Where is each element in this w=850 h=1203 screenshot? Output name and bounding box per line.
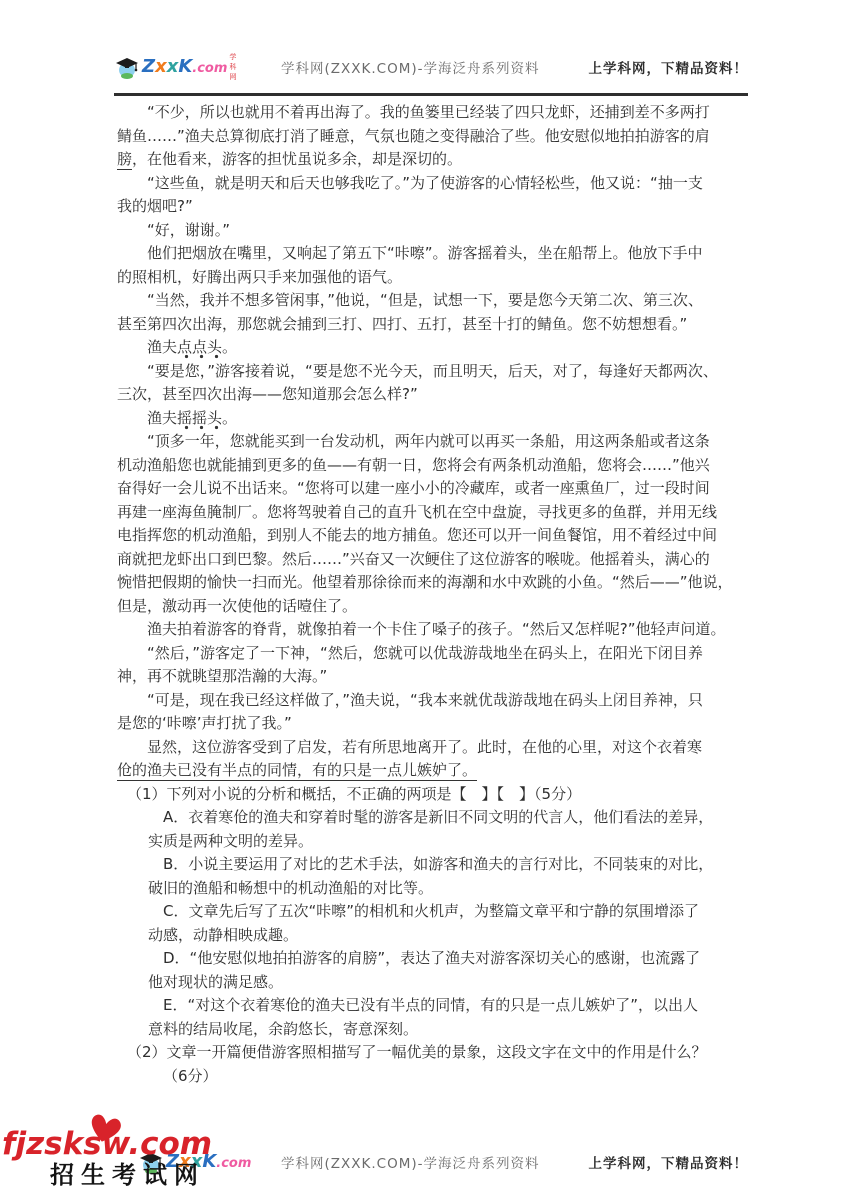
text-segment: “可是，现在我已经这样做了，”渔夫说，“我本来就优哉游哉地在码头上闭目养神，只	[147, 691, 703, 709]
text-segment: 。	[222, 409, 237, 427]
text-line: 破旧的渔船和畅想中的机动渔船的对比等。	[117, 877, 749, 901]
emphasized-text: 点点头	[177, 338, 222, 359]
document-page: ZxxK.com 学科网 学科网(ZXXK.COM)-学海泛舟系列资料 上学科网…	[0, 0, 850, 1203]
footer-center-text: 学科网(ZXXK.COM)-学海泛舟系列资料	[232, 1152, 589, 1172]
text-line: “好，谢谢。”	[117, 219, 749, 243]
underlined-text: 伧的渔夫已没有半点的同情，有的只是一点儿嫉妒了。	[117, 761, 477, 781]
text-segment: 电指挥您的机动渔船，到别人不能去的地方捕鱼。您还可以开一间鱼餐馆，用不着经过中间	[117, 526, 717, 544]
text-line: C．文章先后写了五次“咔嚓”的相机和火机声，为整篇文章平和宁静的氛围增添了	[117, 900, 749, 924]
text-line: 渔夫摇摇头。	[117, 407, 749, 431]
watermark-site-text: fjzsksw.com	[2, 1127, 262, 1161]
graduation-cap-icon	[114, 55, 140, 79]
text-line: D．“他安慰似地拍拍游客的肩膀”，表达了渔夫对游客深切关心的感谢，也流露了	[117, 947, 749, 971]
text-segment: “顶多一年，您就能买到一台发动机，两年内就可以再买一条船，用这两条船或者这条	[147, 432, 710, 450]
text-segment: 惋惜把假期的愉快一扫而光。他望着那徐徐而来的海潮和水中欢跳的小鱼。“然后——”他…	[117, 573, 733, 591]
text-segment: 意料的结局收尾，余韵悠长，寄意深刻。	[148, 1020, 418, 1038]
text-segment: D．“他安慰似地拍拍游客的肩膀”，表达了渔夫对游客深切关心的感谢，也流露了	[163, 949, 700, 967]
text-line: 电指挥您的机动渔船，到别人不能去的地方捕鱼。您还可以开一间鱼餐馆，用不着经过中间	[117, 524, 749, 548]
text-line: E．“对这个衣着寒伧的渔夫已没有半点的同情，有的只是一点儿嫉妒了”，以出人	[117, 994, 749, 1018]
text-line: 意料的结局收尾，余韵悠长，寄意深刻。	[117, 1018, 749, 1042]
text-segment: 实质是两种文明的差异。	[148, 832, 313, 850]
text-segment: 甚至第四次出海，那您就会捕到三打、四打、五打，甚至十打的鲭鱼。您不妨想想看。”	[117, 315, 687, 333]
text-line: “不少，所以也就用不着再出海了。我的鱼篓里已经装了四只龙虾，还捕到差不多两打	[117, 101, 749, 125]
text-segment: E．“对这个衣着寒伧的渔夫已没有半点的同情，有的只是一点儿嫉妒了”，以出人	[163, 996, 698, 1014]
text-line: 再建一座海鱼腌制厂。您将驾驶着自己的直升飞机在空中盘旋，寻找更多的鱼群，并用无线	[117, 501, 749, 525]
text-segment: 再建一座海鱼腌制厂。您将驾驶着自己的直升飞机在空中盘旋，寻找更多的鱼群，并用无线	[117, 503, 717, 521]
text-segment: “这些鱼，就是明天和后天也够我吃了。”为了使游客的心情轻松些，他又说：“抽一支	[147, 174, 703, 192]
text-line: 显然，这位游客受到了启发，若有所思地离开了。此时，在他的心里，对这个衣着寒	[117, 736, 749, 760]
text-line: 是您的‘咔嚓’声打扰了我。”	[117, 712, 749, 736]
text-line: 但是，激动再一次使他的话噎住了。	[117, 595, 749, 619]
text-segment: 他们把烟放在嘴里，又响起了第五下“咔嚓”。游客摇着头，坐在船帮上。他放下手中	[147, 244, 703, 262]
text-line: 三次，甚至四次出海——您知道那会怎么样?”	[117, 383, 749, 407]
text-segment: 动感，动静相映成趣。	[148, 926, 298, 944]
text-line: “要是您，”游客接着说，“要是您不光今天，而且明天，后天，对了，每逢好天都两次、	[117, 360, 749, 384]
text-segment: “要是您，”游客接着说，“要是您不光今天，而且明天，后天，对了，每逢好天都两次、	[147, 362, 718, 380]
text-line: “然后，”游客定了一下神，“然后，您就可以优哉游哉地坐在码头上，在阳光下闭目养	[117, 642, 749, 666]
text-segment: C．文章先后写了五次“咔嚓”的相机和火机声，为整篇文章平和宁静的氛围增添了	[163, 902, 699, 920]
text-segment: 神，再不就眺望那浩瀚的大海。”	[117, 667, 327, 685]
text-line: 伧的渔夫已没有半点的同情，有的只是一点儿嫉妒了。	[117, 759, 749, 783]
text-segment: A．衣着寒伧的渔夫和穿着时髦的游客是新旧不同文明的代言人，他们看法的差异，	[163, 808, 713, 826]
text-line: 的照相机，好腾出两只手来加强他的语气。	[117, 266, 749, 290]
text-segment: （1）下列对小说的分析和概括，不正确的两项是【 】【 】（5分）	[127, 785, 581, 803]
text-segment: 显然，这位游客受到了启发，若有所思地离开了。此时，在他的心里，对这个衣着寒	[147, 738, 702, 756]
text-segment: 他对现状的满足感。	[148, 973, 283, 991]
text-line: “当然，我并不想多管闲事，”他说，“但是，试想一下，要是您今天第二次、第三次、	[117, 289, 749, 313]
text-segment: 奋得好一会儿说不出话来。“您将可以建一座小小的冷藏库，或者一座熏鱼厂，过一段时间	[117, 479, 710, 497]
text-segment: 是您的‘咔嚓’声打扰了我。”	[117, 714, 292, 732]
text-line: 实质是两种文明的差异。	[117, 830, 749, 854]
text-segment: 渔夫	[147, 338, 177, 356]
zxxk-logo: ZxxK.com 学科网	[114, 52, 232, 82]
text-line: B．小说主要运用了对比的艺术手法，如游客和渔夫的言行对比，不同装束的对比，	[117, 853, 749, 877]
text-segment: （6分）	[163, 1067, 218, 1085]
footer-right-text: 上学科网，下精品资料！	[589, 1152, 749, 1172]
text-line: 奋得好一会儿说不出话来。“您将可以建一座小小的冷藏库，或者一座熏鱼厂，过一段时间	[117, 477, 749, 501]
text-segment: 破旧的渔船和畅想中的机动渔船的对比等。	[148, 879, 433, 897]
text-line: （2）文章一开篇便借游客照相描写了一幅优美的景象，这段文字在文中的作用是什么？	[117, 1041, 749, 1065]
text-segment: 但是，激动再一次使他的话噎住了。	[117, 597, 357, 615]
text-segment: 机动渔船您也就能捕到更多的鱼——有朝一日，您将会有两条机动渔船，您将会……”他兴	[117, 456, 710, 474]
emphasized-text: 摇摇头	[177, 409, 222, 430]
text-line: 他对现状的满足感。	[117, 971, 749, 995]
text-segment: “当然，我并不想多管闲事，”他说，“但是，试想一下，要是您今天第二次、第三次、	[147, 291, 703, 309]
page-header: ZxxK.com 学科网 学科网(ZXXK.COM)-学海泛舟系列资料 上学科网…	[114, 52, 748, 96]
text-segment: （2）文章一开篇便借游客照相描写了一幅优美的景象，这段文字在文中的作用是什么？	[127, 1043, 707, 1061]
text-line: 渔夫拍着游客的脊背，就像拍着一个卡住了嗓子的孩子。“然后又怎样呢?”他轻声问道。	[117, 618, 749, 642]
text-line: 甚至第四次出海，那您就会捕到三打、四打、五打，甚至十打的鲭鱼。您不妨想想看。”	[117, 313, 749, 337]
text-line: 机动渔船您也就能捕到更多的鱼——有朝一日，您将会有两条机动渔船，您将会……”他兴	[117, 454, 749, 478]
text-segment: “好，谢谢。”	[147, 221, 230, 239]
text-line: 动感，动静相映成趣。	[117, 924, 749, 948]
text-line: 渔夫点点头。	[117, 336, 749, 360]
text-line: A．衣着寒伧的渔夫和穿着时髦的游客是新旧不同文明的代言人，他们看法的差异，	[117, 806, 749, 830]
text-line: 膀，在他看来，游客的担忧虽说多余，却是深切的。	[117, 148, 749, 172]
header-right-text: 上学科网，下精品资料！	[589, 57, 749, 77]
text-segment: 渔夫	[147, 409, 177, 427]
text-line: “这些鱼，就是明天和后天也够我吃了。”为了使游客的心情轻松些，他又说：“抽一支	[117, 172, 749, 196]
text-segment: 商就把龙虾出口到巴黎。然后……”兴奋又一次鲠住了这位游客的喉咙。他摇着头，满心的	[117, 550, 710, 568]
text-line: “顶多一年，您就能买到一台发动机，两年内就可以再买一条船，用这两条船或者这条	[117, 430, 749, 454]
text-segment: 鲭鱼……”渔夫总算彻底打消了睡意，气氛也随之变得融洽了些。他安慰似地拍拍游客的肩	[117, 127, 710, 145]
text-segment: 渔夫拍着游客的脊背，就像拍着一个卡住了嗓子的孩子。“然后又怎样呢?”他轻声问道。	[147, 620, 726, 638]
text-segment: ，在他看来，游客的担忧虽说多余，却是深切的。	[132, 150, 462, 168]
text-line: 我的烟吧?”	[117, 195, 749, 219]
text-segment: “然后，”游客定了一下神，“然后，您就可以优哉游哉地坐在码头上，在阳光下闭目养	[147, 644, 703, 662]
text-segment: 三次，甚至四次出海——您知道那会怎么样?”	[117, 385, 418, 403]
header-center-text: 学科网(ZXXK.COM)-学海泛舟系列资料	[232, 57, 589, 77]
underlined-text: 膀	[117, 150, 132, 170]
text-segment: “不少，所以也就用不着再出海了。我的鱼篓里已经装了四只龙虾，还捕到差不多两打	[147, 103, 710, 121]
text-segment: 。	[222, 338, 237, 356]
text-line: （1）下列对小说的分析和概括，不正确的两项是【 】【 】（5分）	[117, 783, 749, 807]
text-line: “可是，现在我已经这样做了，”渔夫说，“我本来就优哉游哉地在码头上闭目养神，只	[117, 689, 749, 713]
logo-text: ZxxK.com	[142, 58, 227, 76]
text-line: 鲭鱼……”渔夫总算彻底打消了睡意，气氛也随之变得融洽了些。他安慰似地拍拍游客的肩	[117, 125, 749, 149]
text-line: （6分）	[117, 1065, 749, 1089]
text-segment: B．小说主要运用了对比的艺术手法，如游客和渔夫的言行对比，不同装束的对比，	[163, 855, 713, 873]
text-line: 惋惜把假期的愉快一扫而光。他望着那徐徐而来的海潮和水中欢跳的小鱼。“然后——”他…	[117, 571, 749, 595]
text-line: 他们把烟放在嘴里，又响起了第五下“咔嚓”。游客摇着头，坐在船帮上。他放下手中	[117, 242, 749, 266]
text-segment: 我的烟吧?”	[117, 197, 193, 215]
watermark: fjzsksw.com 招生考试网	[2, 1127, 262, 1189]
text-line: 神，再不就眺望那浩瀚的大海。”	[117, 665, 749, 689]
text-segment: 的照相机，好腾出两只手来加强他的语气。	[117, 268, 402, 286]
watermark-name-text: 招生考试网	[50, 1161, 262, 1189]
text-line: 商就把龙虾出口到巴黎。然后……”兴奋又一次鲠住了这位游客的喉咙。他摇着头，满心的	[117, 548, 749, 572]
document-body: “不少，所以也就用不着再出海了。我的鱼篓里已经装了四只龙虾，还捕到差不多两打鲭鱼…	[117, 101, 749, 1088]
